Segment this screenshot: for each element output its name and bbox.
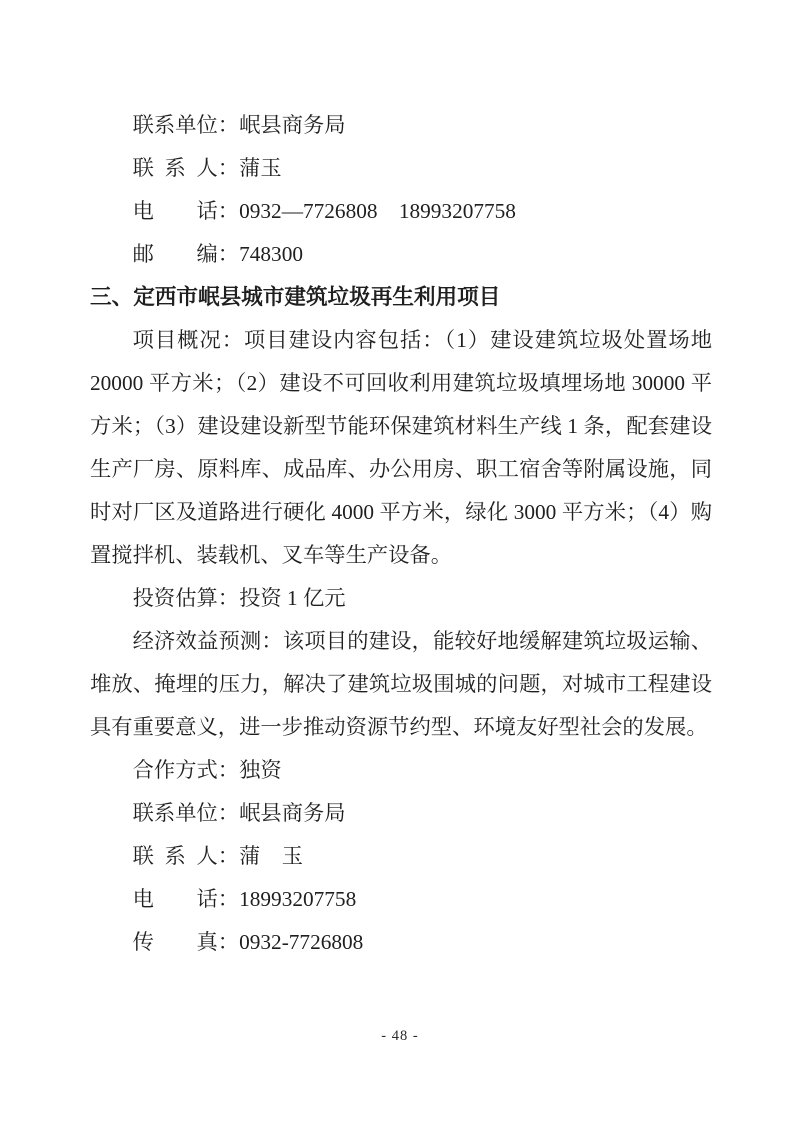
label-colon: ： <box>218 930 239 954</box>
contact-label: 电话 <box>133 190 218 233</box>
document-page: 联系单位：岷县商务局 联系人：蒲玉 电话：0932—7726808 189932… <box>0 0 800 1131</box>
contact-line-unit: 联系单位：岷县商务局 <box>90 104 712 147</box>
contact-value: 岷县商务局 <box>239 801 346 825</box>
contact-value: 0932-7726808 <box>239 930 363 954</box>
label-colon: ： <box>218 199 239 223</box>
contact-label: 联系人 <box>133 835 218 878</box>
contact-label: 联系人 <box>133 147 218 190</box>
contact-value: 独资 <box>239 758 282 782</box>
contact-block-top: 联系单位：岷县商务局 联系人：蒲玉 电话：0932—7726808 189932… <box>90 104 712 276</box>
contact-value: 18993207758 <box>239 887 356 911</box>
contact-label: 传真 <box>133 921 218 964</box>
contact-value: 0932—7726808 18993207758 <box>239 199 516 223</box>
contact-line-phone: 电话：0932—7726808 18993207758 <box>90 190 712 233</box>
paragraph-economic-benefit: 经济效益预测：该项目的建设，能较好地缓解建筑垃圾运输、堆放、掩埋的压力，解决了建… <box>90 620 712 749</box>
contact-value: 蒲 玉 <box>239 844 303 868</box>
contact-label: 联系单位 <box>133 104 218 147</box>
label-colon: ： <box>218 844 239 868</box>
label-colon: ： <box>218 242 239 266</box>
section-heading: 三、定西市岷县城市建筑垃圾再生利用项目 <box>90 276 712 319</box>
label-colon: ： <box>218 156 239 180</box>
label-colon: ： <box>218 801 239 825</box>
contact-label: 电话 <box>133 878 218 921</box>
contact-line-unit: 联系单位：岷县商务局 <box>90 792 712 835</box>
page-body: 联系单位：岷县商务局 联系人：蒲玉 电话：0932—7726808 189932… <box>90 104 712 964</box>
contact-line-person: 联系人：蒲玉 <box>90 147 712 190</box>
contact-line-cooperation: 合作方式：独资 <box>90 749 712 792</box>
label-colon: ： <box>218 758 239 782</box>
contact-value: 岷县商务局 <box>239 113 346 137</box>
contact-value: 蒲玉 <box>239 156 282 180</box>
contact-block-bottom: 合作方式：独资 联系单位：岷县商务局 联系人：蒲 玉 电话：1899320775… <box>90 749 712 964</box>
contact-value: 748300 <box>239 242 303 266</box>
page-number: - 48 - <box>0 1026 800 1046</box>
contact-line-fax: 传真：0932-7726808 <box>90 921 712 964</box>
contact-line-zipcode: 邮编：748300 <box>90 233 712 276</box>
contact-label: 联系单位 <box>133 792 218 835</box>
contact-label: 邮编 <box>133 233 218 276</box>
label-colon: ： <box>218 887 239 911</box>
contact-line-person: 联系人：蒲 玉 <box>90 835 712 878</box>
label-colon: ： <box>218 113 239 137</box>
paragraph-project-overview: 项目概况：项目建设内容包括：（1）建设建筑垃圾处置场地 20000 平方米；（2… <box>90 319 712 577</box>
contact-line-phone: 电话：18993207758 <box>90 878 712 921</box>
contact-label: 合作方式 <box>133 749 218 792</box>
paragraph-investment-estimate: 投资估算：投资 1 亿元 <box>90 577 712 620</box>
